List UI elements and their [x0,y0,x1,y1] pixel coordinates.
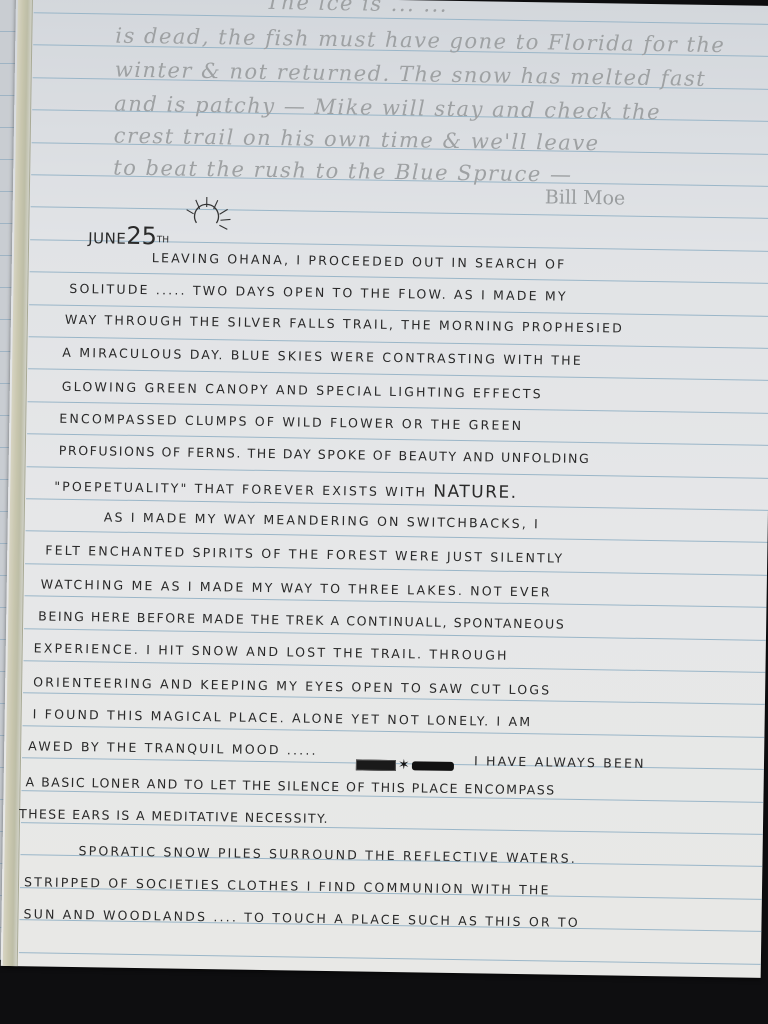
entry-line: felt enchanted spirits of the forest wer… [45,543,564,566]
entry-line: sun and woodlands .... to touch a place … [23,906,580,930]
entry-line: way through the silver falls trail, the … [65,312,624,336]
sun-icon [182,193,243,234]
entry-line: a miraculous day. Blue skies were contra… [62,345,583,368]
ruled-line [21,822,763,835]
entry-line-text: "poepetuality" that forever exists with [54,479,427,500]
entry-line: I have always been [474,753,646,771]
faded-line: crest trail on his own time & we'll leav… [114,124,600,156]
entry-line: Stripped of societies clothes I find com… [24,874,551,897]
faded-line: and is patchy — Mike will stay and check… [114,92,661,125]
emphasis-word: Nature. [433,482,518,503]
redaction-bar [412,761,454,771]
entry-date: June25th [88,221,169,250]
ruled-line [31,206,768,219]
faded-line: to beat the rush to the Blue Spruce — [113,156,573,187]
entry-line: glowing green canopy and special lightin… [62,379,543,402]
date-month: June [88,229,126,248]
entry-line: profusions of ferns. The day spoke of be… [59,443,591,466]
entry-line: Sporatic snow piles surround the reflect… [78,843,577,866]
entry-line: encompassed clumps of wild flower or the… [59,411,523,433]
entry-line: As I made my way meandering on switchbac… [104,509,540,531]
faded-line: is dead, the fish must have gone to Flor… [115,24,725,58]
entry-line: Leaving Ohana, I proceeded out in search… [152,250,567,272]
faded-line: winter & not returned. The snow has melt… [115,58,707,91]
ruled-line [25,563,767,576]
entry-line: awed by the tranquil mood ..... [28,738,318,758]
ruled-line [26,530,768,543]
ruled-line [25,595,767,608]
signature: Bill Moe [545,186,626,209]
entry-line: solitude ..... two days open to the flow… [69,281,568,304]
redacted-scribble-icon: ✶ [356,756,454,774]
ruled-line [19,952,761,965]
journal-page: The ice is ... ... is dead, the fish mus… [1,0,768,978]
date-day: 25 [126,222,157,250]
entry-line: being here before made the trek a contin… [38,608,565,631]
ruled-line [23,725,765,738]
ruled-line [24,628,766,641]
redaction-bar [356,759,396,771]
ruled-line [24,660,766,673]
entry-line: experience. I hit snow and lost the trai… [34,640,509,662]
date-suffix: th [157,235,169,245]
star-icon: ✶ [398,757,410,773]
faded-line: The ice is ... ... [266,0,448,17]
